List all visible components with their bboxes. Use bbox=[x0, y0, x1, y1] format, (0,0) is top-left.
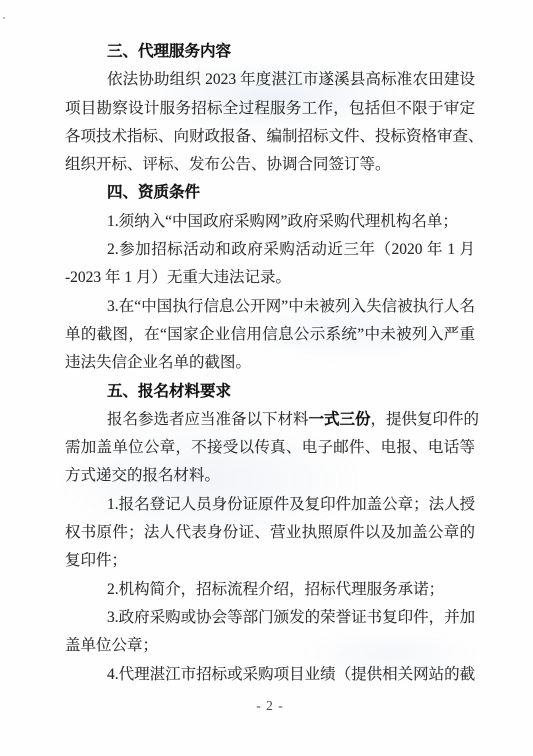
document-line: 3.政府采购或协会等部门颁发的荣誉证书复印件，并加 bbox=[65, 604, 475, 632]
scan-speck-artifact bbox=[3, 17, 5, 19]
document-line: 方式递交的报名材料。 bbox=[65, 462, 475, 490]
document-line: 组织开标、评标、发布公告、协调合同签订等。 bbox=[65, 151, 475, 179]
text-run: ，提供复印件的 bbox=[371, 411, 480, 428]
document-line: 单的截图，在“国家企业信用信息公示系统”中未被列入严重 bbox=[65, 321, 475, 349]
section-heading: 三、代理服务内容 bbox=[65, 38, 475, 66]
document-line: 违法失信企业名单的截图。 bbox=[65, 349, 475, 377]
text-run: 报名参选者应当准备以下材料 bbox=[107, 411, 309, 428]
document-line: 项目勘察设计服务招标全过程服务工作，包括但不限于审定 bbox=[65, 95, 475, 123]
section-heading: 四、资质条件 bbox=[65, 179, 475, 207]
document-line: 4.代理湛江市招标或采购项目业绩（提供相关网站的截 bbox=[65, 661, 475, 689]
document-line: 复印件； bbox=[65, 547, 475, 575]
document-line: -2023 年 1 月）无重大违法记录。 bbox=[65, 264, 475, 292]
page-number: - 2 - bbox=[65, 698, 475, 714]
document-line: 1.须纳入“中国政府采购网”政府采购代理机构名单； bbox=[65, 208, 475, 236]
section-heading: 五、报名材料要求 bbox=[65, 378, 475, 406]
document-line: 需加盖单位公章，不接受以传真、电子邮件、电报、电话等 bbox=[65, 434, 475, 462]
document-line: 盖单位公章； bbox=[65, 632, 475, 660]
document-line: 2.机构简介，招标流程介绍，招标代理服务承诺； bbox=[65, 576, 475, 604]
document-body: 三、代理服务内容依法协助组织 2023 年度湛江市遂溪县高标准农田建设项目勘察设… bbox=[65, 38, 475, 689]
document-line: 权书原件；法人代表身份证、营业执照原件以及加盖公章的 bbox=[65, 519, 475, 547]
document-line: 3.在“中国执行信息公开网”中未被列入失信被执行人名 bbox=[65, 293, 475, 321]
document-line: 各项技术指标、向财政报备、编制招标文件、投标资格审查、 bbox=[65, 123, 475, 151]
document-page: 三、代理服务内容依法协助组织 2023 年度湛江市遂溪县高标准农田建设项目勘察设… bbox=[0, 0, 533, 756]
emphasized-text: 一式三份 bbox=[309, 411, 371, 428]
document-line: 依法协助组织 2023 年度湛江市遂溪县高标准农田建设 bbox=[65, 66, 475, 94]
document-line: 2.参加招标活动和政府采购活动近三年（2020 年 1 月 bbox=[65, 236, 475, 264]
document-line: 1.报名登记人员身份证原件及复印件加盖公章；法人授 bbox=[65, 491, 475, 519]
document-line: 报名参选者应当准备以下材料一式三份，提供复印件的 bbox=[65, 406, 475, 434]
